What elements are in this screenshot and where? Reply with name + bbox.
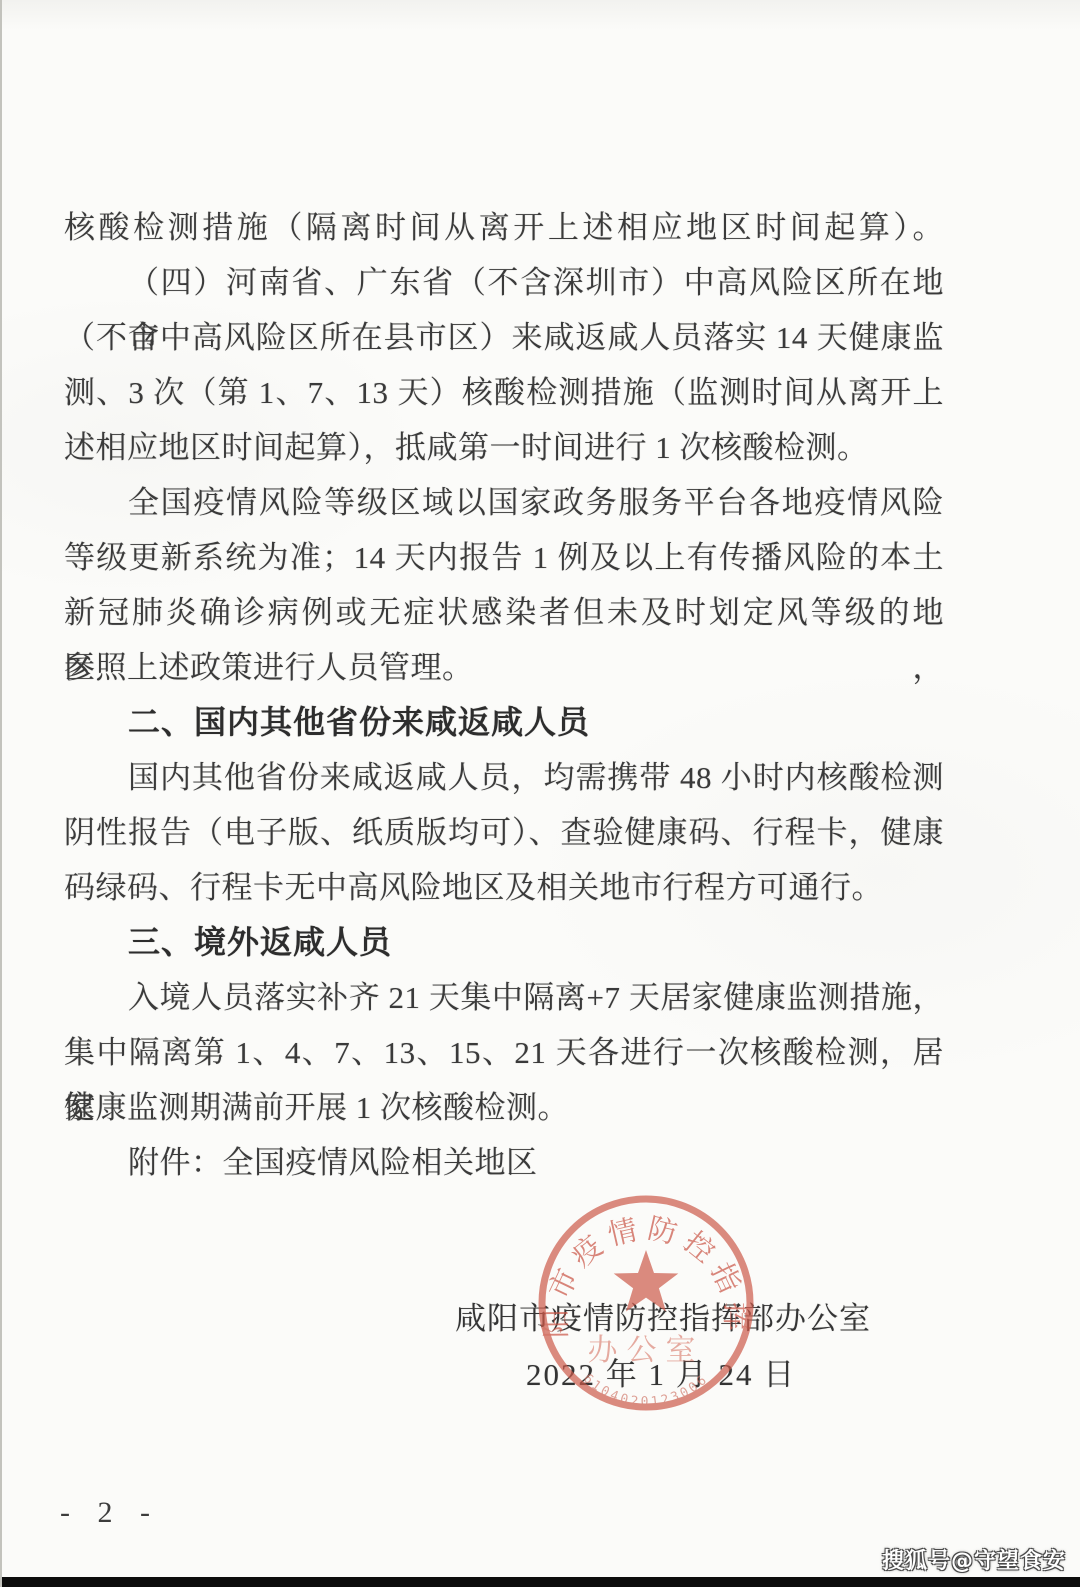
page-number: - 2 - (60, 1496, 160, 1530)
section-heading-2: 二、国内其他省份来咸返咸人员 (64, 695, 944, 750)
body-line: 述相应地区时间起算），抵咸第一时间进行 1 次核酸检测。 (64, 420, 944, 475)
body-line: 国内其他省份来咸返咸人员，均需携带 48 小时内核酸检测 (64, 750, 944, 805)
body-line: 全国疫情风险等级区域以国家政务服务平台各地疫情风险 (64, 475, 944, 530)
body-line: 入境人员落实补齐 21 天集中隔离+7 天居家健康监测措施， (64, 970, 944, 1025)
body-line: （四）河南省、广东省（不含深圳市）中高风险区所在地市 (64, 255, 944, 310)
official-seal: 咸阳市疫情防控指挥部 办公室 6104020123006 (531, 1188, 761, 1418)
seal-bottom-text: 办公室 (588, 1333, 705, 1368)
body-line: 核酸检测措施（隔离时间从离开上述相应地区时间起算）。 (64, 200, 944, 255)
seal-ring (542, 1199, 750, 1407)
body-line: 等级更新系统为准；14 天内报告 1 例及以上有传播风险的本土 (64, 530, 944, 585)
seal-serial-number: 6104020123006 (580, 1371, 712, 1410)
section-heading-3: 三、境外返咸人员 (64, 915, 944, 970)
body-line: 码绿码、行程卡无中高风险地区及相关地市行程方可通行。 (64, 860, 944, 915)
body-line: 测、3 次（第 1、7、13 天）核酸检测措施（监测时间从离开上 (64, 365, 944, 420)
seal-star-icon (614, 1250, 679, 1312)
body-line: （不含中高风险区所在县市区）来咸返咸人员落实 14 天健康监 (64, 310, 944, 365)
bottom-black-bar (2, 1577, 1080, 1587)
body-line: 集中隔离第 1、4、7、13、15、21 天各进行一次核酸检测，居家 (64, 1025, 944, 1080)
attachment-line: 附件：全国疫情风险相关地区 (64, 1135, 944, 1190)
body-line: 健康监测期满前开展 1 次核酸检测。 (64, 1080, 944, 1135)
document-body: 核酸检测措施（隔离时间从离开上述相应地区时间起算）。 （四）河南省、广东省（不含… (64, 200, 944, 1190)
body-line: 阴性报告（电子版、纸质版均可）、查验健康码、行程卡，健康 (64, 805, 944, 860)
body-line: 新冠肺炎确诊病例或无症状感染者但未及时划定风等级的地区， (64, 585, 944, 640)
scanned-document-page: 核酸检测措施（隔离时间从离开上述相应地区时间起算）。 （四）河南省、广东省（不含… (0, 0, 1080, 1587)
sohu-watermark: 搜狐号@守望食安 (882, 1544, 1066, 1575)
